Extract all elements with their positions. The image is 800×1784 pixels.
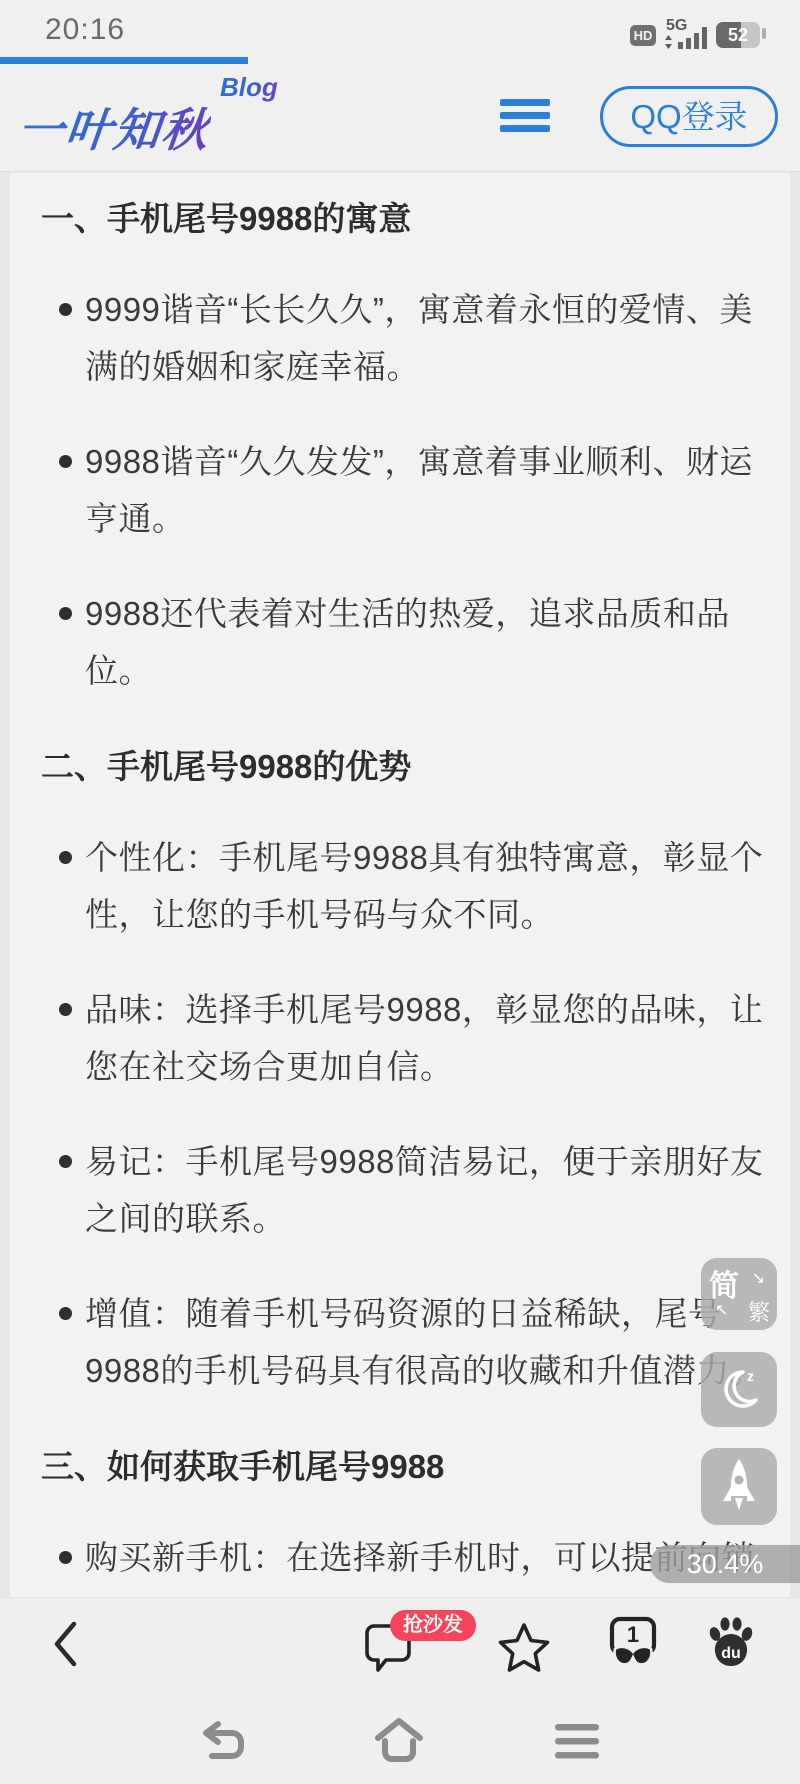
convert-arrow-down-icon: ↘ [752,1268,765,1288]
simplified-traditional-toggle-button[interactable]: 简 ↘ ↖ 繁 [701,1258,777,1330]
clock: 20:16 [45,13,125,47]
grab-sofa-badge[interactable]: 抢沙发 [390,1610,476,1641]
page-scroll-progress-bar [0,57,248,64]
list-item: 9988谐音“久久发发”，寓意着事业顺利、财运亨通。 [41,433,770,547]
section-heading-1: 一、手机尾号9988的寓意 [41,197,770,241]
section-1-list: 9999谐音“长长久久”，寓意着永恒的爱情、美满的婚姻和家庭幸福。 9988谐音… [41,281,770,699]
status-icons: HD 5G 52 [630,20,760,50]
svg-text:z: z [747,1368,754,1384]
network-block: 5G [664,20,708,50]
baidu-logo-icon[interactable]: du [706,1616,756,1668]
list-item: 品味：选择手机尾号9988，彰显您的品味，让您在社交场合更加自信。 [41,981,770,1095]
article-content: 一、手机尾号9988的寓意 9999谐音“长长久久”，寓意着永恒的爱情、美满的婚… [10,173,790,1597]
battery-nub [762,28,766,39]
rocket-icon [716,1456,762,1518]
top-chrome: 20:16 HD 5G 52 一叶知秋 Blog [0,0,800,172]
list-item: 增值：随着手机号码资源的日益稀缺，尾号9988的手机号码具有很高的收藏和升值潜力… [41,1285,770,1399]
simplified-label: 简 [709,1261,739,1305]
signal-bars-icon [678,27,708,49]
qq-login-button[interactable]: QQ登录 [600,86,778,147]
tabs-incognito-icon[interactable]: 1 [608,1615,658,1671]
hd-voice-icon: HD [630,25,656,46]
list-item: 9999谐音“长长久久”，寓意着永恒的爱情、美满的婚姻和家庭幸福。 [41,281,770,395]
back-to-top-button[interactable] [701,1448,777,1525]
site-logo-blog-label: Blog [220,72,278,103]
nav-back-icon[interactable] [198,1720,248,1762]
svg-text:du: du [721,1645,741,1662]
nav-recent-icon[interactable] [552,1722,602,1762]
section-heading-2: 二、手机尾号9988的优势 [41,745,770,789]
battery-icon: 52 [716,22,760,48]
menu-bar [500,99,550,106]
traditional-label: 繁 [748,1296,770,1327]
dark-mode-button[interactable]: z [701,1352,777,1427]
menu-bar [500,125,550,132]
favorite-star-icon[interactable] [497,1621,551,1673]
reading-progress-pill: 30.4% [650,1545,800,1583]
svg-text:1: 1 [627,1622,639,1647]
bottom-bar: 抢沙发 1 du [0,1597,800,1784]
site-logo[interactable]: 一叶知秋 Blog [18,78,298,158]
site-logo-text: 一叶知秋 [15,94,214,160]
list-item: 易记：手机尾号9988简洁易记，便于亲朋好友之间的联系。 [41,1133,770,1247]
list-item: 个性化：手机尾号9988具有独特寓意，彰显个性，让您的手机号码与众不同。 [41,829,770,943]
battery-percent: 52 [716,22,760,48]
convert-arrow-up-icon: ↖ [715,1300,728,1320]
menu-icon[interactable] [500,99,550,133]
data-arrows-icon [664,35,673,49]
list-item: 9988还代表着对生活的热爱，追求品质和品位。 [41,585,770,699]
moon-icon: z [713,1364,765,1416]
section-heading-3: 三、如何获取手机尾号9988 [41,1445,770,1489]
nav-home-icon[interactable] [372,1716,426,1764]
section-2-list: 个性化：手机尾号9988具有独特寓意，彰显个性，让您的手机号码与众不同。 品味：… [41,829,770,1399]
menu-bar [500,112,550,119]
back-icon[interactable] [52,1620,78,1668]
